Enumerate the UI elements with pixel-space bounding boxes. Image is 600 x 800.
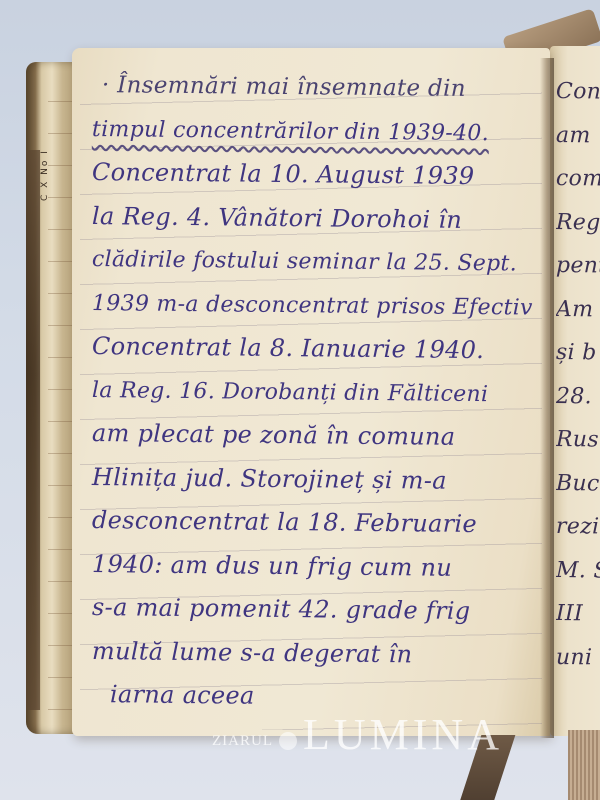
- fragment: Conc: [556, 70, 600, 114]
- fragment: Buc: [556, 462, 600, 506]
- text-line: la Reg. 16. Dorobanți din Fălticeni: [92, 369, 552, 417]
- fragment: și b: [556, 331, 600, 375]
- fragment: III: [556, 592, 600, 636]
- watermark-big: LUMINA: [303, 712, 503, 758]
- text-line: desconcentrat la 18. Februarie: [92, 499, 552, 547]
- text-line: Concentrat la 10. August 1939: [92, 151, 552, 199]
- notebook-photo: C X No I · Însemnări mai însemnate din t…: [0, 0, 600, 800]
- text-line: s-a mai pomenit 42. grade frig: [92, 586, 552, 634]
- fragment: Rus: [556, 418, 600, 462]
- text-line: am plecat pe zonă în comuna: [92, 412, 552, 460]
- emblem-icon: [279, 732, 297, 750]
- watermark-small: ZIARUL: [212, 733, 273, 758]
- fragment: com.: [556, 157, 600, 201]
- fragment: rezi: [556, 505, 600, 549]
- text-line: Hlinița jud. Storojineț și m-a: [92, 456, 552, 504]
- fragment: uni: [556, 636, 600, 679]
- text-line: multă lume s-a degerat în: [92, 630, 552, 678]
- right-page-text: Conc am com. Reg. pent Am și b 28. Rus B…: [556, 70, 600, 679]
- bookmark-ribbon-bottom-right: [568, 730, 600, 800]
- fragment: pent: [556, 244, 600, 288]
- text-line: la Reg. 4. Vânători Dorohoi în: [92, 195, 552, 243]
- fragment: am: [556, 114, 600, 158]
- fragment: M. S: [556, 549, 600, 593]
- left-page-text: · Însemnări mai însemnate din timpul con…: [92, 64, 552, 717]
- fragment: 28.: [556, 375, 600, 419]
- heading-line-1: · Însemnări mai însemnate din: [92, 64, 552, 112]
- spine-label: C X No I: [40, 100, 60, 250]
- text-line: 1939 m-a desconcentrat prisos Efectiv: [92, 282, 552, 330]
- watermark: ZIARUL LUMINA: [212, 708, 503, 758]
- text-line: Concentrat la 8. Ianuarie 1940.: [92, 325, 552, 373]
- fragment: Am: [556, 288, 600, 332]
- heading-line-2: timpul concentrărilor din 1939-40.: [92, 108, 552, 156]
- text-line: 1940: am dus un frig cum nu: [92, 543, 552, 591]
- fragment: Reg.: [556, 201, 600, 245]
- text-line: clădirile fostului seminar la 25. Sept.: [92, 238, 552, 286]
- spine-wear: [26, 150, 40, 710]
